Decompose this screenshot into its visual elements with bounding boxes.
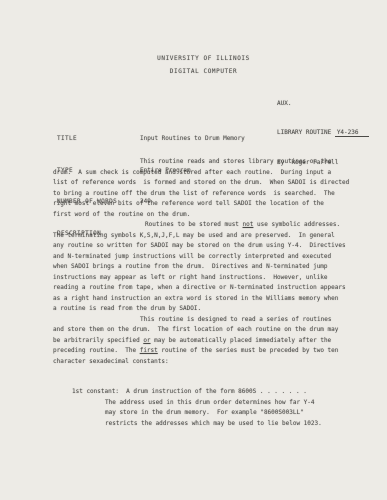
meta-value: Input Routines to Drum Memory — [140, 135, 245, 142]
description-paragraph-2: Routines to be stored must not use symbo… — [53, 220, 365, 315]
underlined-word: first — [140, 347, 158, 354]
description-line: and store them on the drum. The first lo… — [53, 325, 365, 336]
description-body: This routine reads and stores library ro… — [53, 157, 365, 429]
department-name: DIGITAL COMPUTER — [10, 65, 387, 78]
description-line: instructions may appear as left or right… — [53, 273, 365, 284]
description-line: any routine so written for SADOI may be … — [53, 241, 365, 252]
library-routine-line: LIBRARY ROUTINE Y4-236 — [277, 128, 369, 138]
description-line: and N-terminated jump instructions will … — [53, 252, 365, 263]
description-line: first word of the routine on the drum. — [53, 210, 365, 221]
constant-definition-line: 1st constant: A drum instruction of the … — [53, 387, 365, 398]
description-line: be arbitrarily specified or may be autom… — [53, 336, 365, 347]
description-paragraph-1: This routine reads and stores library ro… — [53, 157, 365, 220]
description-line: right most eleven bits of the reference … — [53, 199, 365, 210]
description-line: character sexadecimal constants: — [53, 357, 365, 368]
description-line: This routine reads and stores library ro… — [53, 157, 365, 168]
description-line: a routine is read from the drum by SADOI… — [53, 304, 365, 315]
description-line: This routine is designed to read a serie… — [53, 315, 365, 326]
description-line: when SADOI brings a routine from the dru… — [53, 262, 365, 273]
scanned-document-page: UNIVERSITY OF ILLINOIS DIGITAL COMPUTER … — [0, 0, 387, 500]
constant-continuation-line: may store in the drum memory. For exampl… — [53, 408, 365, 419]
meta-label: TITLE — [57, 134, 140, 145]
description-line: drum. A sum check is computed and stored… — [53, 168, 365, 179]
constant-continuation-line: The address used in this drum order dete… — [53, 398, 365, 409]
document-header: UNIVERSITY OF ILLINOIS DIGITAL COMPUTER — [10, 52, 387, 78]
first-constant-block: 1st constant: A drum instruction of the … — [53, 387, 365, 429]
description-line: to bring a routine off the drum the list… — [53, 189, 365, 200]
aux-label: AUX. — [277, 99, 369, 109]
underlined-word: not — [243, 221, 254, 228]
description-line: list of reference words is formed and st… — [53, 178, 365, 189]
description-line: The terminating symbols K,S,N,J,F,L may … — [53, 231, 365, 242]
description-paragraph-3: This routine is designed to read a serie… — [53, 315, 365, 368]
underlined-word: or — [143, 337, 150, 344]
description-line: Routines to be stored must not use symbo… — [53, 220, 365, 231]
constant-continuation-line: restricts the addresses which may be use… — [53, 419, 365, 430]
meta-row-title: TITLEInput Routines to Drum Memory — [57, 134, 245, 145]
description-line: as a right hand instruction an extra wor… — [53, 294, 365, 305]
routine-number: Y4-236 — [335, 129, 369, 137]
institution-name: UNIVERSITY OF ILLINOIS — [10, 52, 387, 65]
description-line: reading a routine from tape, when a dire… — [53, 283, 365, 294]
description-line: preceding routine. The first routine of … — [53, 346, 365, 357]
